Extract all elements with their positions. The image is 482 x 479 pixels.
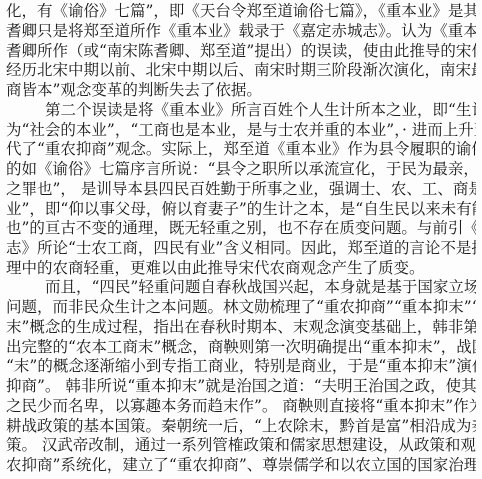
text-line: 耆卿只是将郑至道所作《重本业》载录于《嘉定赤城志》。认为《重本业》是南宋陈 bbox=[6, 21, 476, 41]
text-line: 经历北宋中期以前、北宋中期以后、南宋时期三阶段渐次演化，南宋最终完成“工 bbox=[6, 60, 476, 80]
text-line: 理中的农商轻重，更难以由此推导宋代农商观念产生了质变。 bbox=[6, 258, 476, 278]
text-line: 抑商”。 韩非所说“重本抑末”就是治国之道：“夫明王治国之政，使其商工游食 bbox=[6, 376, 476, 396]
text-line: 农抑商”系统化，建立了“重农抑商”、尊崇儒学和以农立国的国家治理模式。 bbox=[6, 455, 476, 475]
text-line: 商皆本”观念变革的判断失去了依据。 bbox=[6, 80, 476, 100]
text-line: 志》所论“士农工商，四民有业”含义相同。因此，郑至道的言论不是指涉国家治 bbox=[6, 238, 476, 258]
text-line: “末”的概念逐渐缩小到专指工商业，特别是商业，于是“重本抑末”演化为“重农 bbox=[6, 356, 476, 376]
text-line-content: 而且，“四民”轻重问题自春秋战国兴起，本身就是基于国家立场的政策和观念 bbox=[45, 278, 476, 296]
text-line: 代了“重农抑商”观念。实际上，郑至道《重本业》作为县令履职的谕俗文，其目 bbox=[6, 139, 476, 159]
text-line: 耆卿所作（或“南宋陈耆卿、郑至道”提出）的误读，使由此推导的宋代农商观念 bbox=[6, 41, 476, 61]
text-line: 末”概念的生成过程，指出在春秋时期本、末观念演变基础上，韩非第一次明确提 bbox=[6, 317, 476, 337]
text-line-indented: 而且，“四民”轻重问题自春秋战国兴起，本身就是基于国家立场的政策和观念 bbox=[6, 277, 476, 297]
document-page: 化，有《谕俗》七篇”，即《天台令郑至道谕俗七篇》，《重本业》是其中之一。 陈 耆… bbox=[0, 0, 482, 479]
text-line-indented: 第二个误读是将《重本业》所言百姓个人生计所本之业，即“生计之本”解读 bbox=[6, 100, 476, 120]
text-line-content: 第二个误读是将《重本业》所言百姓个人生计所本之业，即“生计之本”解读 bbox=[45, 101, 476, 119]
text-line: 策。 汉武帝改制，通过一系列管榷政策和儒家思想建设，从政策和观念上将“重 bbox=[6, 435, 476, 455]
text-line: 之民少而名卑，以寡趣本务而趋末作”。 商鞅则直接将“重本抑末”作为保障秦国 bbox=[6, 396, 476, 416]
text-line: 为“社会的本业”，“工商也是本业，是与士农并重的本业”，· 进而上升至否定和取 bbox=[6, 120, 476, 140]
text-line: 化，有《谕俗》七篇”，即《天台令郑至道谕俗七篇》，《重本业》是其中之一。 陈 bbox=[6, 1, 476, 21]
text-line: 的如《谕俗》七篇序言所说：“县令之职所以承流宣化，于民为最亲，民不知教，令 bbox=[6, 159, 476, 179]
text-line: 出完整的“农本工商末”概念，商鞅则第一次明确提出“重本抑末”，战国晚期 bbox=[6, 337, 476, 357]
text-line: 耕战政策的基本国策。秦朝统一后，“上农除末，黔首是富”相沿成为秦朝基本国 bbox=[6, 416, 476, 436]
text-line: 问题，而非民众生计之本问题。林文勋梳理了“重农抑商”“重本抑末”“农本工商 bbox=[6, 297, 476, 317]
text-line: 业”，即“仰以事父母，俯以育妻子”的生计之本，是“自生民以来未有能易之者 bbox=[6, 199, 476, 219]
text-line: 之罪也”， 是训导本县四民百姓勤于所事之业，强调士、农、工、商是“百姓之本 bbox=[6, 179, 476, 199]
text-line: 也”的亘古不变的通理，既无轻重之别，也不存在质变问题。与前引《汉书·食货 bbox=[6, 218, 476, 238]
